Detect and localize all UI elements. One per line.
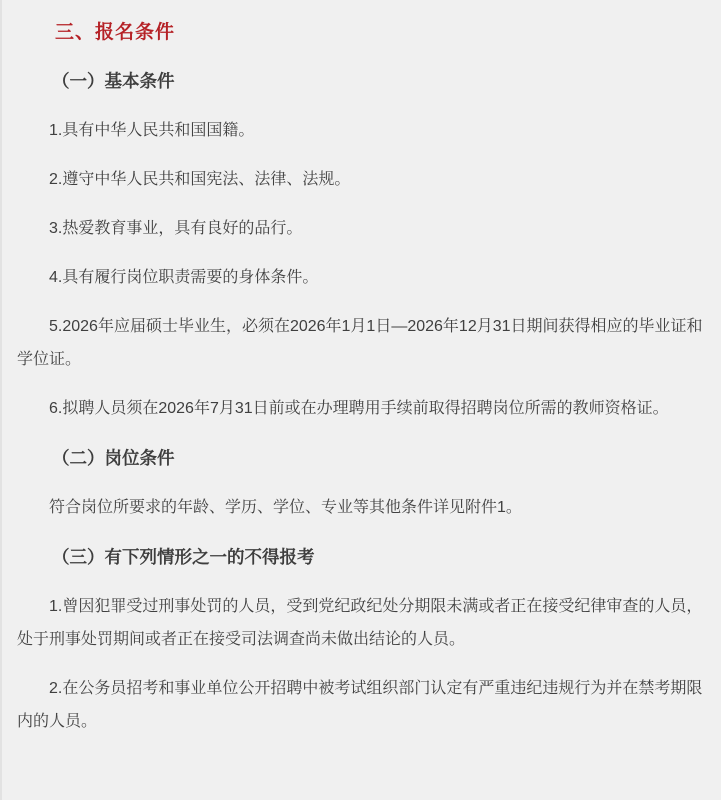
subsection-heading-basic-conditions: （一）基本条件 [17,66,706,96]
paragraph-nationality: 1.具有中华人民共和国国籍。 [17,114,706,147]
paragraph-exam-violation: 2.在公务员招考和事业单位公开招聘中被考试组织部门认定有严重违纪违规行为并在禁考… [17,672,706,738]
paragraph-love-education: 3.热爱教育事业，具有良好的品行。 [17,212,706,245]
paragraph-criminal-record: 1.曾因犯罪受过刑事处罚的人员，受到党纪政纪处分期限未满或者正在接受纪律审查的人… [17,590,706,656]
section-title-registration-conditions: 三、报名条件 [17,18,706,48]
article-page: 三、报名条件 （一）基本条件 1.具有中华人民共和国国籍。 2.遵守中华人民共和… [0,0,721,800]
subsection-heading-post-conditions: （二）岗位条件 [17,443,706,473]
paragraph-teacher-certificate: 6.拟聘人员须在2026年7月31日前或在办理聘用手续前取得招聘岗位所需的教师资… [17,392,706,425]
subsection-heading-disqualifications: （三）有下列情形之一的不得报考 [17,542,706,572]
paragraph-graduate-2026: 5.2026年应届硕士毕业生，必须在2026年1月1日—2026年12月31日期… [17,310,706,376]
paragraph-constitution: 2.遵守中华人民共和国宪法、法律、法规。 [17,163,706,196]
paragraph-physical-condition: 4.具有履行岗位职责需要的身体条件。 [17,261,706,294]
paragraph-post-requirements: 符合岗位所要求的年龄、学历、学位、专业等其他条件详见附件1。 [17,491,706,524]
